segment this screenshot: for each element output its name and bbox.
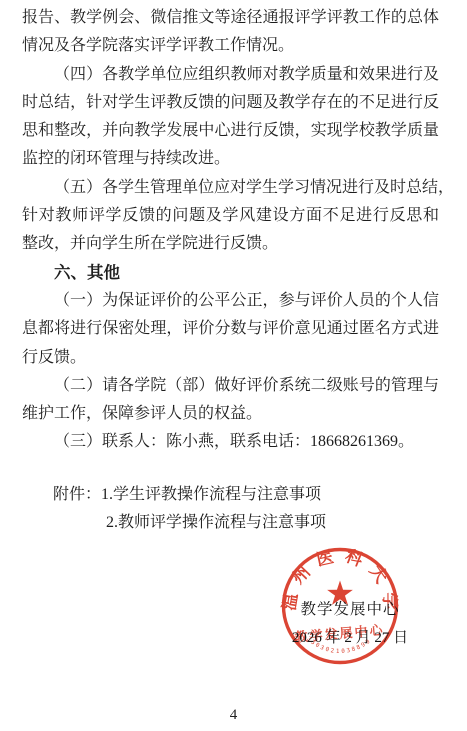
paragraph-line: 情况及各学院落实评学评教工作情况。 <box>22 32 439 60</box>
paragraph-line: （一）为保证评价的公平公正，参与评价人员的个人信 <box>22 287 439 315</box>
paragraph-line: 维护工作，保障参评人员的权益。 <box>22 400 439 428</box>
paragraph-line: （二）请各学院（部）做好评价系统二级账号的管理与 <box>22 372 439 400</box>
body-text: 报告、教学例会、微信推文等途径通报评学评教工作的总体 情况及各学院落实评学评教工… <box>22 4 439 457</box>
paragraph-line: 监控的闭环管理与持续改进。 <box>22 145 439 173</box>
attachment-item-1: 附件：1.学生评教操作流程与注意事项 <box>53 481 326 509</box>
paragraph-line: 息都将进行保密处理，评价分数与评价意见通过匿名方式进 <box>22 315 439 343</box>
paragraph-line: （五）各学生管理单位应对学生学习情况进行及时总结， <box>22 174 439 202</box>
document-page: 报告、教学例会、微信推文等途径通报评学评教工作的总体 情况及各学院落实评学评教工… <box>0 0 467 731</box>
signature-department: 教学发展中心 <box>288 597 412 619</box>
attachments-block: 附件：1.学生评教操作流程与注意事项 2.教师评学操作流程与注意事项 <box>53 481 326 537</box>
section-heading-other: 六、其他 <box>22 259 439 287</box>
paragraph-line: （四）各教学单位应组织教师对教学质量和效果进行及 <box>22 61 439 89</box>
paragraph-line: 思和整改，并向教学发展中心进行反馈，实现学校教学质量 <box>22 117 439 145</box>
paragraph-line: 报告、教学例会、微信推文等途径通报评学评教工作的总体 <box>22 4 439 32</box>
contact-line: （三）联系人：陈小燕，联系电话：18668261369。 <box>22 428 439 456</box>
attachment-item-2: 2.教师评学操作流程与注意事项 <box>53 509 326 537</box>
paragraph-line: 行反馈。 <box>22 344 439 372</box>
paragraph-line: 时总结，针对学生评教反馈的问题及教学存在的不足进行反 <box>22 89 439 117</box>
page-number: 4 <box>0 707 467 724</box>
paragraph-line: 整改，并向学生所在学院进行反馈。 <box>22 230 439 258</box>
signature-date: 2026 年 2 月 27 日 <box>279 626 421 647</box>
paragraph-line: 针对教师评学反馈的问题及学风建设方面不足进行反思和 <box>22 202 439 230</box>
